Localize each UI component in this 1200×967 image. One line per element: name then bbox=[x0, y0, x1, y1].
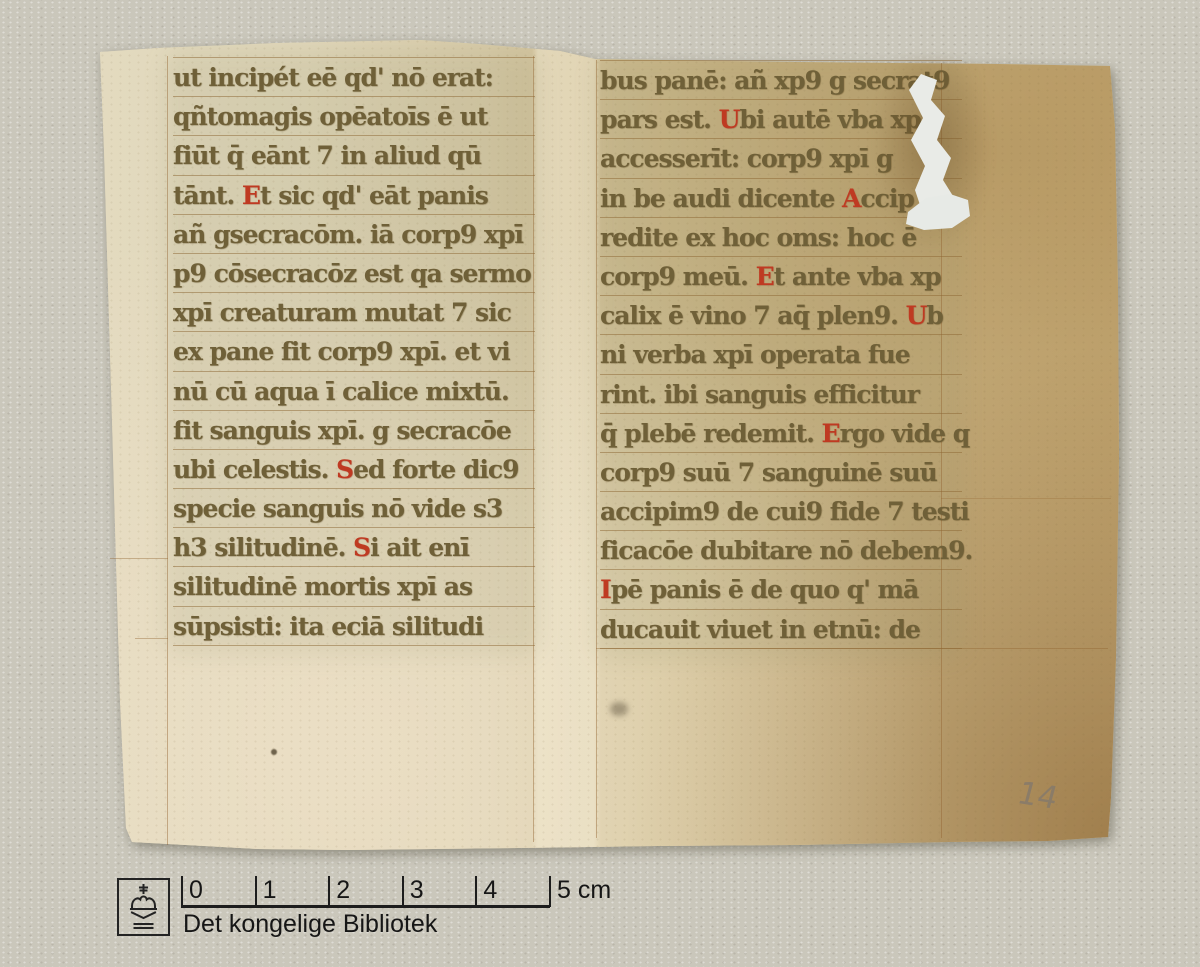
manuscript-text-segment: xpī creaturam mutat 7 sic bbox=[173, 298, 511, 327]
manuscript-text-segment: ut incipét eē qd' nō erat: bbox=[173, 63, 493, 92]
manuscript-text-segment: p9 cōsecracōz est qa sermo bbox=[173, 259, 531, 288]
rubric-initial: U bbox=[906, 301, 927, 330]
library-logo bbox=[117, 878, 170, 936]
rubric-initial: S bbox=[353, 533, 370, 562]
manuscript-text-segment: fit sanguis xpī. g secracōe bbox=[173, 416, 511, 445]
rubric-initial: E bbox=[242, 181, 260, 210]
manuscript-line: fit sanguis xpī. g secracōe bbox=[173, 411, 535, 450]
manuscript-text-segment: ni verba xpī operata fue bbox=[600, 340, 910, 369]
manuscript-photo: ut incipét eē qd' nō erat:qñtomagis opēa… bbox=[0, 0, 1200, 967]
manuscript-text-segment: in be audi dicente bbox=[600, 184, 842, 213]
manuscript-text-segment: q̄ plebē redemit. bbox=[600, 419, 822, 448]
manuscript-text-segment: redite ex hoc oms: hoc ē bbox=[600, 223, 916, 252]
manuscript-text-segment: sūpsisti: ita eciā silitudi bbox=[173, 612, 483, 641]
manuscript-text-segment: ubi celestis. bbox=[173, 455, 336, 484]
manuscript-text-segment: calix ē vino 7 aq̄ plen9. bbox=[600, 301, 906, 330]
ruling-vertical-left-margin bbox=[167, 56, 168, 845]
manuscript-text-segment: pars est. bbox=[600, 105, 719, 134]
manuscript-text-segment: corp9 suū 7 sanguinē suū bbox=[600, 458, 937, 487]
rubric-initial: U bbox=[719, 105, 740, 134]
manuscript-text-segment: t sic qd' eāt panis bbox=[260, 181, 488, 210]
scale-tick bbox=[402, 876, 404, 907]
manuscript-line: corp9 meū. Et ante vba xp bbox=[600, 257, 962, 296]
manuscript-text-segment: b bbox=[926, 301, 942, 330]
manuscript-text-segment: fiūt q̄ eānt 7 in aliud qū bbox=[173, 141, 481, 170]
manuscript-line: accipim9 de cui9 fide 7 testi bbox=[600, 492, 962, 531]
scale-tick bbox=[255, 876, 257, 907]
manuscript-line: Ipē panis ē de quo q' mā bbox=[600, 570, 962, 609]
manuscript-text-segment: ficacōe dubitare nō debem9. bbox=[600, 536, 972, 565]
scale-label: 1 bbox=[263, 876, 277, 905]
manuscript-text-segment: pē panis ē de quo q' mā bbox=[611, 575, 918, 604]
scale-tick bbox=[549, 876, 551, 907]
scale-tick bbox=[328, 876, 330, 907]
manuscript-line: q̄ plebē redemit. Ergo vide q bbox=[600, 414, 962, 453]
manuscript-text-segment: corp9 meū. bbox=[600, 262, 756, 291]
manuscript-line: nū cū aqua ī calice mixtū. bbox=[173, 372, 535, 411]
rubric-initial: I bbox=[600, 575, 611, 604]
manuscript-line: silitudinē mortis xpī as bbox=[173, 567, 535, 606]
manuscript-line: specie sanguis nō vide s3 bbox=[173, 489, 535, 528]
wormhole-dot bbox=[271, 749, 277, 755]
manuscript-line: sūpsisti: ita eciā silitudi bbox=[173, 607, 535, 646]
manuscript-line: rint. ibi sanguis efficitur bbox=[600, 375, 962, 414]
ruling-vertical-right-column-start bbox=[596, 60, 597, 838]
manuscript-line: h3 silitudinē. Si ait enī bbox=[173, 528, 535, 567]
manuscript-text-segment: tānt. bbox=[173, 181, 242, 210]
manuscript-text-segment: qñtomagis opēatoīs ē ut bbox=[173, 102, 487, 131]
manuscript-line: tānt. Et sic qd' eāt panis bbox=[173, 176, 535, 215]
manuscript-text-segment: h3 silitudinē. bbox=[173, 533, 353, 562]
rubric-initial: E bbox=[822, 419, 840, 448]
manuscript-line: ni verba xpī operata fue bbox=[600, 335, 962, 374]
manuscript-line: ubi celestis. Sed forte dic9 bbox=[173, 450, 535, 489]
scale-tick bbox=[475, 876, 477, 907]
manuscript-left-column: ut incipét eē qd' nō erat:qñtomagis opēa… bbox=[173, 57, 535, 646]
scale-bar: 012345 cm bbox=[181, 876, 621, 910]
manuscript-text-segment: ex pane fit corp9 xpī. et vi bbox=[173, 337, 510, 366]
manuscript-text-segment: ducauit viuet in etnū: de bbox=[600, 615, 920, 644]
manuscript-text-segment: specie sanguis nō vide s3 bbox=[173, 494, 502, 523]
library-name-label: Det kongelige Bibliotek bbox=[183, 910, 437, 939]
manuscript-line: ficacōe dubitare nō debem9. bbox=[600, 531, 962, 570]
manuscript-line: ducauit viuet in etnū: de bbox=[600, 610, 962, 649]
rubric-initial: S bbox=[336, 455, 353, 484]
manuscript-text-segment: silitudinē mortis xpī as bbox=[173, 572, 472, 601]
manuscript-line: ex pane fit corp9 xpī. et vi bbox=[173, 332, 535, 371]
manuscript-text-segment: i ait enī bbox=[370, 533, 469, 562]
scale-label: 2 bbox=[336, 876, 350, 905]
manuscript-line: qñtomagis opēatoīs ē ut bbox=[173, 97, 535, 136]
manuscript-text-segment: accesserīt: corp9 xpī g bbox=[600, 144, 892, 173]
scale-bar-line bbox=[181, 905, 550, 908]
manuscript-line: fiūt q̄ eānt 7 in aliud qū bbox=[173, 136, 535, 175]
scale-tick bbox=[181, 876, 183, 907]
manuscript-text-segment: ed forte dic9 bbox=[353, 455, 518, 484]
manuscript-line: ut incipét eē qd' nō erat: bbox=[173, 58, 535, 97]
manuscript-line: añ gsecracōm. iā corp9 xpī bbox=[173, 215, 535, 254]
scale-label: 4 bbox=[483, 876, 497, 905]
crown-icon bbox=[122, 883, 165, 931]
manuscript-text-segment: rgo vide q bbox=[840, 419, 970, 448]
manuscript-line: p9 cōsecracōz est qa sermo bbox=[173, 254, 535, 293]
rubric-initial: E bbox=[756, 262, 774, 291]
manuscript-text-segment: nū cū aqua ī calice mixtū. bbox=[173, 377, 509, 406]
scale-label: 0 bbox=[189, 876, 203, 905]
ruling-through-line-left bbox=[110, 558, 168, 559]
manuscript-line: xpī creaturam mutat 7 sic bbox=[173, 293, 535, 332]
scale-label: 5 cm bbox=[557, 876, 611, 905]
manuscript-text-segment: añ gsecracōm. iā corp9 xpī bbox=[173, 220, 523, 249]
rubric-initial: A bbox=[842, 184, 860, 213]
manuscript-text-segment: t ante vba xp bbox=[774, 262, 941, 291]
manuscript-line: corp9 suū 7 sanguinē suū bbox=[600, 453, 962, 492]
ruling-through-line-left-lower bbox=[135, 638, 168, 639]
manuscript-line: calix ē vino 7 aq̄ plen9. Ub bbox=[600, 296, 962, 335]
scale-label: 3 bbox=[410, 876, 424, 905]
manuscript-text-segment: accipim9 de cui9 fide 7 testi bbox=[600, 497, 969, 526]
manuscript-text-segment: rint. ibi sanguis efficitur bbox=[600, 380, 919, 409]
ink-smudge bbox=[610, 702, 628, 716]
